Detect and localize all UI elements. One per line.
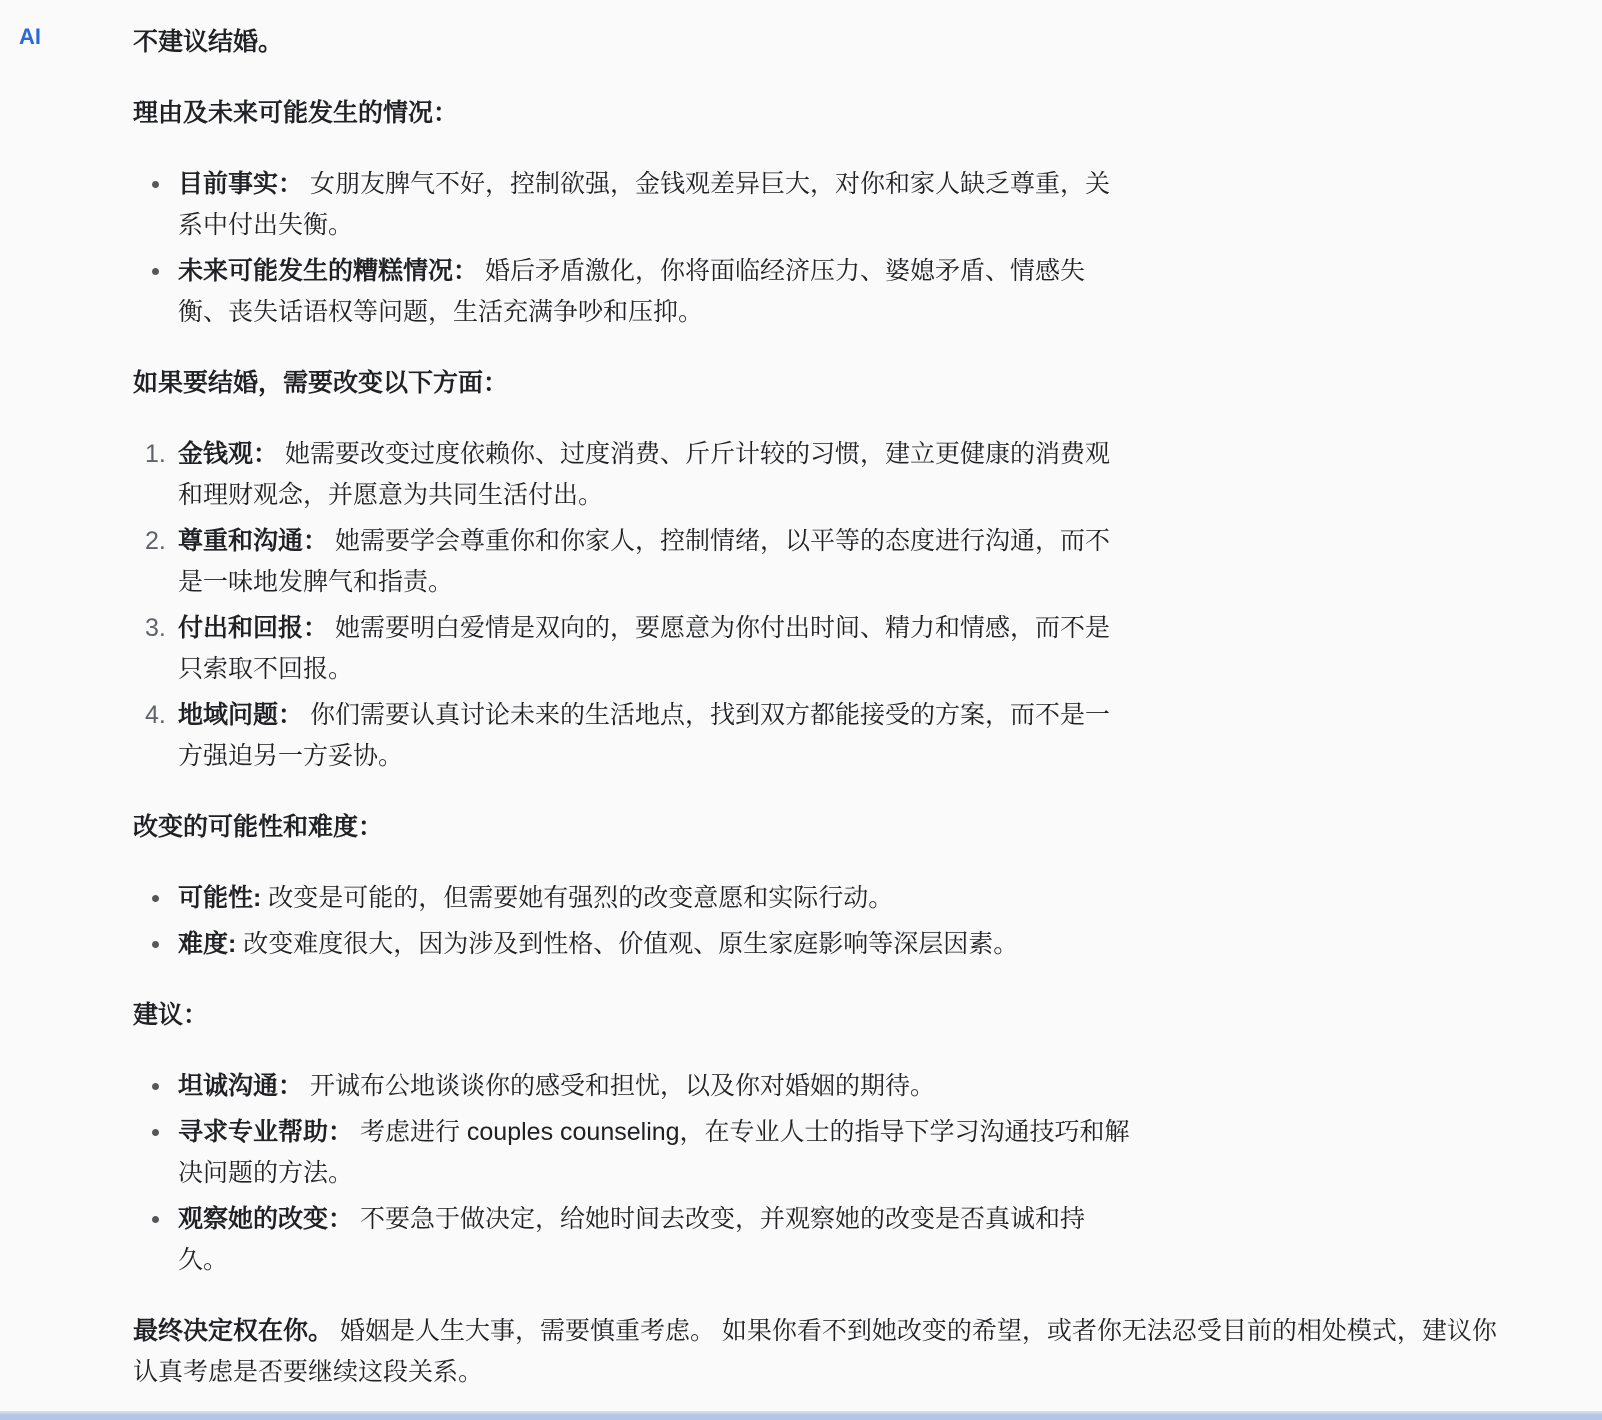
- list-item-label: 目前事实：: [178, 170, 303, 198]
- bottom-panel-edge: [0, 1411, 1602, 1420]
- list-item: 观察她的改变： 不要急于做决定，给她时间去改变，并观察她的改变是否真诚和持久。: [133, 1199, 1133, 1281]
- bullet-icon: [152, 1129, 159, 1136]
- closing-lead: 最终决定权在你。: [133, 1317, 333, 1345]
- list-item-label: 尊重和沟通：: [178, 527, 328, 555]
- list-item: 难度: 改变难度很大，因为涉及到性格、价值观、原生家庭影响等深层因素。: [133, 924, 1133, 965]
- list-item-label: 地域问题：: [178, 701, 303, 729]
- list-item: 4.地域问题： 你们需要认真讨论未来的生活地点，找到双方都能接受的方案，而不是一…: [133, 695, 1133, 777]
- item-number: 3.: [145, 608, 166, 649]
- assistant-message: 不建议结婚。理由及未来可能发生的情况：目前事实： 女朋友脾气不好，控制欲强，金钱…: [133, 0, 1516, 1420]
- bullet-icon: [152, 268, 159, 275]
- message-heading: 建议：: [133, 995, 1516, 1036]
- list-item-label: 难度:: [178, 930, 236, 958]
- bullet-list: 目前事实： 女朋友脾气不好，控制欲强，金钱观差异巨大，对你和家人缺乏尊重，关系中…: [133, 164, 1516, 333]
- message-heading: 不建议结婚。: [133, 22, 1516, 63]
- list-item-label: 观察她的改变：: [178, 1205, 353, 1233]
- item-number: 2.: [145, 521, 166, 562]
- list-item: 目前事实： 女朋友脾气不好，控制欲强，金钱观差异巨大，对你和家人缺乏尊重，关系中…: [133, 164, 1133, 246]
- bullet-list: 可能性: 改变是可能的，但需要她有强烈的改变意愿和实际行动。难度: 改变难度很大…: [133, 878, 1516, 965]
- bullet-icon: [152, 1083, 159, 1090]
- list-item-label: 寻求专业帮助：: [178, 1118, 353, 1146]
- list-item-label: 未来可能发生的糟糕情况：: [178, 257, 478, 285]
- item-number: 1.: [145, 434, 166, 475]
- list-item-label: 可能性:: [178, 884, 261, 912]
- list-item-label: 金钱观：: [178, 440, 278, 468]
- list-item-label: 坦诚沟通：: [178, 1072, 303, 1100]
- closing-paragraph: 最终决定权在你。 婚姻是人生大事，需要慎重考虑。 如果你看不到她改变的希望，或者…: [133, 1311, 1516, 1393]
- bullet-list: 坦诚沟通： 开诚布公地谈谈你的感受和担忧，以及你对婚姻的期待。寻求专业帮助： 考…: [133, 1066, 1516, 1281]
- list-item: 坦诚沟通： 开诚布公地谈谈你的感受和担忧，以及你对婚姻的期待。: [133, 1066, 1133, 1107]
- bullet-icon: [152, 181, 159, 188]
- ai-avatar-label: AI: [19, 24, 41, 50]
- list-item: 3.付出和回报： 她需要明白爱情是双向的，要愿意为你付出时间、精力和情感，而不是…: [133, 608, 1133, 690]
- bullet-icon: [152, 941, 159, 948]
- item-number: 4.: [145, 695, 166, 736]
- numbered-list: 1.金钱观： 她需要改变过度依赖你、过度消费、斤斤计较的习惯，建立更健康的消费观…: [133, 434, 1516, 777]
- list-item: 2.尊重和沟通： 她需要学会尊重你和你家人，控制情绪，以平等的态度进行沟通，而不…: [133, 521, 1133, 603]
- bullet-icon: [152, 895, 159, 902]
- list-item: 未来可能发生的糟糕情况： 婚后矛盾激化，你将面临经济压力、婆媳矛盾、情感失衡、丧…: [133, 251, 1133, 333]
- message-heading: 如果要结婚，需要改变以下方面：: [133, 363, 1516, 404]
- message-heading: 改变的可能性和难度：: [133, 807, 1516, 848]
- list-item: 可能性: 改变是可能的，但需要她有强烈的改变意愿和实际行动。: [133, 878, 1133, 919]
- bullet-icon: [152, 1216, 159, 1223]
- message-heading: 理由及未来可能发生的情况：: [133, 93, 1516, 134]
- list-item: 寻求专业帮助： 考虑进行 couples counseling，在专业人士的指导…: [133, 1112, 1133, 1194]
- list-item-label: 付出和回报：: [178, 614, 328, 642]
- list-item: 1.金钱观： 她需要改变过度依赖你、过度消费、斤斤计较的习惯，建立更健康的消费观…: [133, 434, 1133, 516]
